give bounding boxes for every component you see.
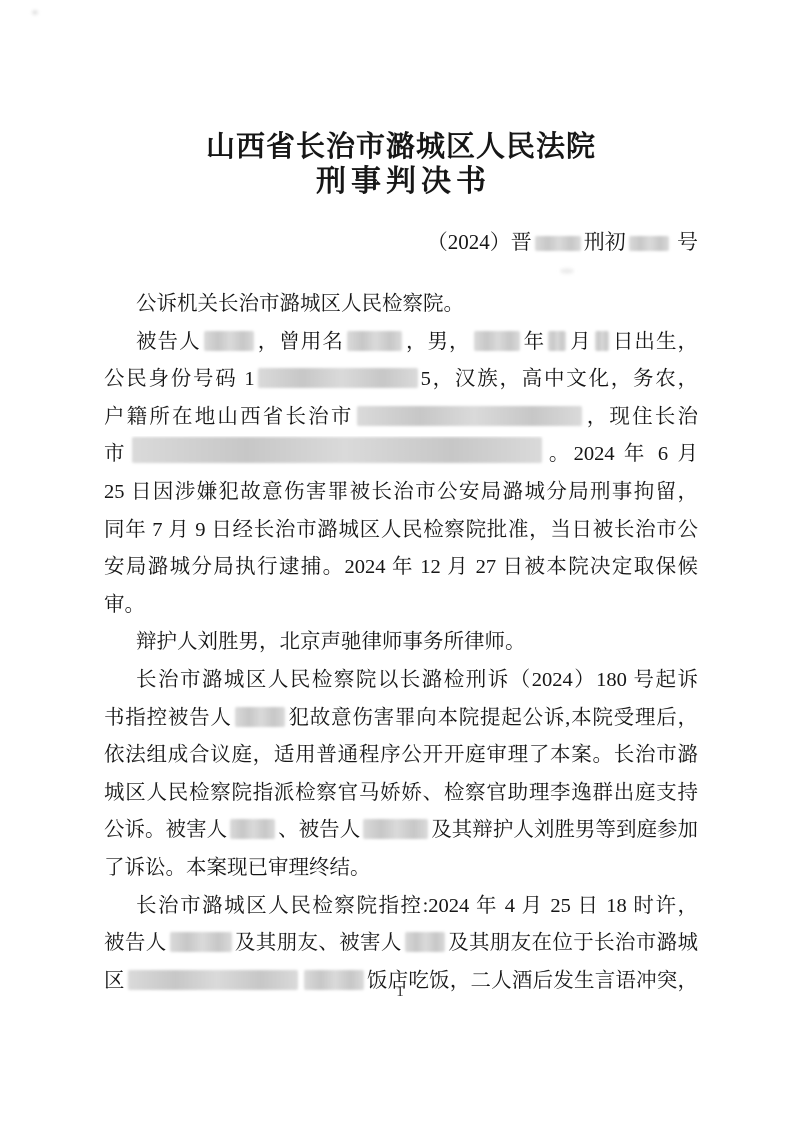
body-line: 同年 7 月 9 日经长治市潞城区人民检察院批准，当日被长治市公: [104, 512, 698, 550]
text-run: 及其辩护人刘胜男等到庭参加: [431, 819, 698, 841]
body-line: 书指控被告人犯故意伤害罪向本院提起公诉,本院受理后，: [104, 700, 698, 738]
text-run: 被告人: [136, 331, 201, 353]
body-line: 公民身份号码 15，汉族，高中文化，务农，: [104, 361, 698, 399]
redacted-text: [595, 331, 609, 351]
body-line: 了诉讼。本案现已审理终结。: [104, 850, 698, 888]
body-line: 城区人民检察院指派检察官马娇娇、检察官助理李逸群出庭支持: [104, 775, 698, 813]
redacted-text: [629, 236, 669, 251]
redacted-text: [363, 819, 428, 839]
text-run: （2024）晋: [427, 230, 532, 254]
redacted-text: [357, 406, 582, 426]
text-run: 市: [104, 443, 129, 465]
document-body: 公诉机关长治市潞城区人民检察院。被告人，曾用名，男，年月日出生，公民身份号码 1…: [104, 286, 698, 1000]
text-run: 长治市潞城区人民检察院指控:2024 年 4 月 25 日 18 时许，: [136, 895, 698, 917]
text-run: 安局潞城分局执行逮捕。2024 年 12 月 27 日被本院决定取保候: [104, 556, 698, 578]
text-run: 依法组成合议庭，适用普通程序公开开庭审理了本案。长治市潞: [104, 744, 698, 766]
redacted-text: [170, 932, 232, 952]
text-run: 被告人: [104, 932, 167, 954]
redacted-text: [132, 437, 542, 463]
body-line: 户籍所在地山西省长治市，现住长治: [104, 399, 698, 437]
body-line: 长治市潞城区人民检察院指控:2024 年 4 月 25 日 18 时许，: [104, 888, 698, 926]
text-run: 月: [569, 331, 592, 353]
redacted-text: [405, 932, 445, 952]
text-run: 书指控被告人: [104, 707, 232, 729]
body-line: 市。2024 年 6 月: [104, 436, 698, 474]
redacted-text: [258, 368, 418, 388]
body-line: 审。: [104, 587, 698, 625]
text-run: 长治市潞城区人民检察院以长潞检刑诉（2024）180 号起诉: [136, 669, 698, 691]
text-run: 。2024 年 6 月: [545, 443, 698, 465]
text-run: 城区人民检察院指派检察官马娇娇、检察官助理李逸群出庭支持: [104, 782, 698, 804]
text-run: 25 日因涉嫌犯故意伤害罪被长治市公安局潞城分局刑事拘留，: [104, 481, 698, 503]
text-run: 公民身份号码 1: [104, 368, 255, 390]
redacted-text: [235, 707, 285, 727]
text-run: 日出生，: [612, 331, 698, 353]
text-run: 及其朋友在位于长治市潞城: [448, 932, 698, 954]
scan-artifact-speck: [32, 10, 38, 15]
body-line: 公诉机关长治市潞城区人民检察院。: [104, 286, 698, 324]
body-line: 依法组成合议庭，适用普通程序公开开庭审理了本案。长治市潞: [104, 737, 698, 775]
text-run: 同年 7 月 9 日经长治市潞城区人民检察院批准，当日被长治市公: [104, 519, 698, 541]
redacted-text: [548, 331, 566, 351]
judgment-document-page: 山西省长治市潞城区人民法院 刑事判决书 （2024）晋刑初 号 公诉机关长治市潞…: [0, 0, 800, 1132]
redacted-text: [204, 331, 254, 351]
text-run: 户籍所在地山西省长治市: [104, 406, 354, 428]
text-run: 审。: [104, 594, 145, 616]
text-run: 、被告人: [278, 819, 360, 841]
body-line: 长治市潞城区人民检察院以长潞检刑诉（2024）180 号起诉: [104, 662, 698, 700]
redacted-text: [347, 331, 402, 351]
text-run: ，曾用名: [257, 331, 344, 353]
body-line: 安局潞城分局执行逮捕。2024 年 12 月 27 日被本院决定取保候: [104, 549, 698, 587]
text-run: 5，汉族，高中文化，务农，: [421, 368, 698, 390]
text-run: ，男，: [405, 331, 471, 353]
body-line: 25 日因涉嫌犯故意伤害罪被长治市公安局潞城分局刑事拘留，: [104, 474, 698, 512]
document-type-title: 刑事判决书: [104, 164, 698, 200]
body-line: 被告人及其朋友、被害人及其朋友在位于长治市潞城: [104, 925, 698, 963]
body-line: 公诉。被害人、被告人及其辩护人刘胜男等到庭参加: [104, 812, 698, 850]
text-run: 公诉。被害人: [104, 819, 227, 841]
redacted-text: [535, 236, 581, 251]
text-run: 了诉讼。本案现已审理终结。: [104, 857, 371, 879]
redacted-text: [230, 819, 275, 839]
court-name-title: 山西省长治市潞城区人民法院: [104, 130, 698, 164]
page-number: 1: [0, 984, 800, 1001]
text-run: 号: [672, 230, 698, 254]
text-run: 犯故意伤害罪向本院提起公诉,本院受理后，: [288, 707, 698, 729]
redacted-text: [474, 331, 520, 351]
text-run: 辩护人刘胜男，北京声驰律师事务所律师。: [136, 631, 526, 653]
case-number: （2024）晋刑初 号: [104, 229, 698, 255]
scan-artifact-smudge: [560, 268, 574, 274]
text-run: ，现住长治: [585, 406, 698, 428]
body-line: 辩护人刘胜男，北京声驰律师事务所律师。: [104, 624, 698, 662]
body-line: 被告人，曾用名，男，年月日出生，: [104, 324, 698, 362]
text-run: 刑初: [584, 230, 626, 254]
text-run: 公诉机关长治市潞城区人民检察院。: [136, 293, 464, 315]
text-run: 及其朋友、被害人: [235, 932, 402, 954]
text-run: 年: [523, 331, 546, 353]
